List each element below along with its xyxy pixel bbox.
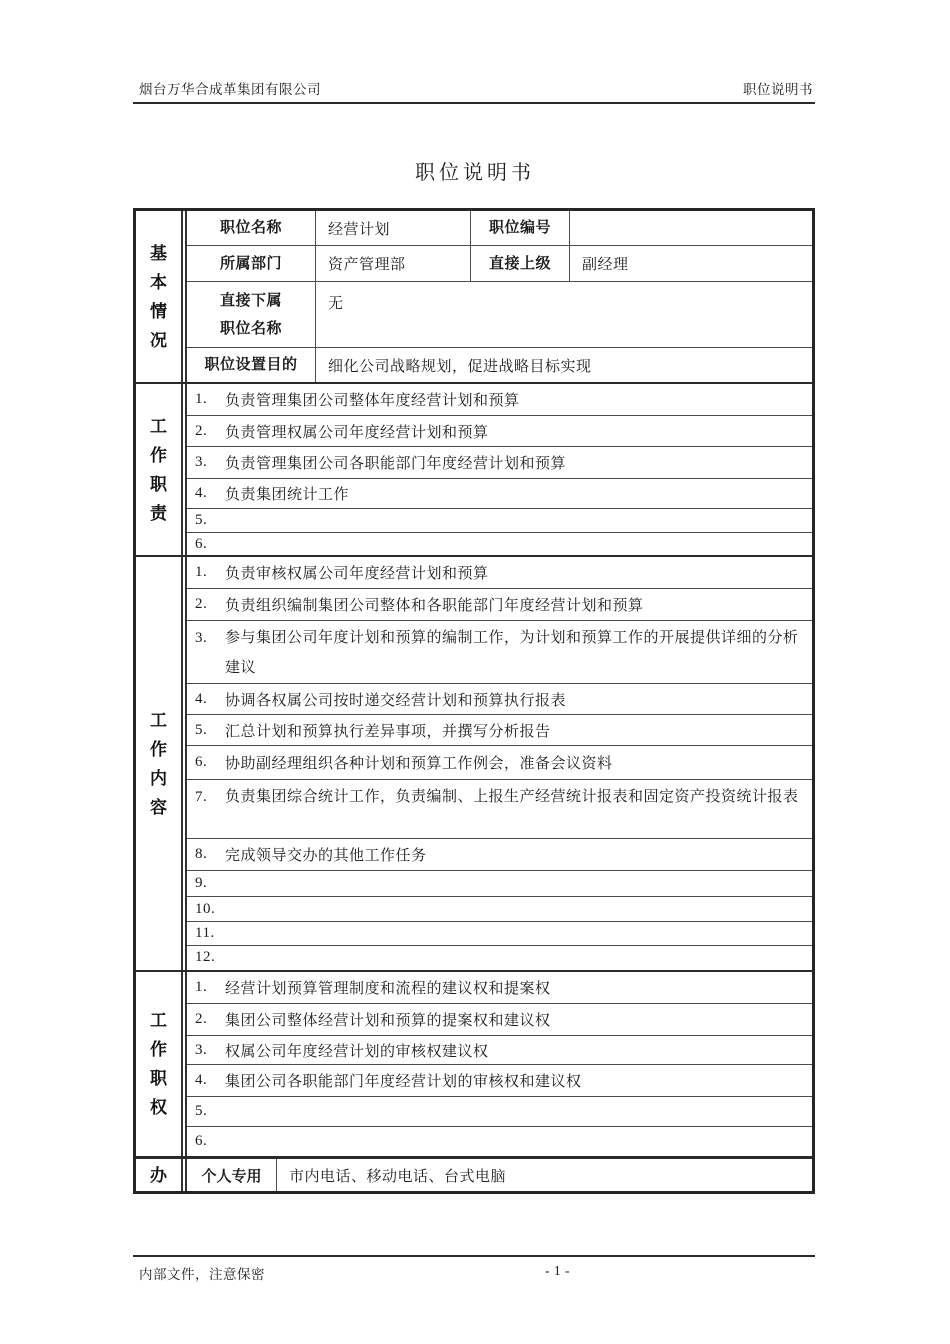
page-title: 职位说明书 xyxy=(0,156,950,185)
field-label-purpose: 职位设置目的 xyxy=(187,348,316,382)
section-work-content-label: 工作内容 xyxy=(136,557,183,970)
item-number: 5. xyxy=(187,1103,225,1120)
section-work-content-label-text: 工作内容 xyxy=(150,706,168,822)
list-item: 2.负责管理权属公司年度经营计划和预算 xyxy=(187,416,812,447)
header-company-name: 烟台万华合成革集团有限公司 xyxy=(133,78,321,98)
list-item: 4.协调各权属公司按时递交经营计划和预算执行报表 xyxy=(187,684,812,715)
item-text: 集团公司各职能部门年度经营计划的审核权和建议权 xyxy=(225,1070,812,1091)
item-number: 11. xyxy=(187,925,225,942)
field-value-purpose: 细化公司战略规划，促进战略目标实现 xyxy=(316,348,812,382)
field-value-position-code xyxy=(570,211,812,245)
list-item: 3.权属公司年度经营计划的审核权建议权 xyxy=(187,1036,812,1065)
list-item: 4.集团公司各职能部门年度经营计划的审核权和建议权 xyxy=(187,1065,812,1097)
list-item: 6. xyxy=(187,533,812,555)
list-item: 10. xyxy=(187,897,812,922)
footer-page-number: - 1 - xyxy=(545,1263,570,1279)
table-row: 直接下属 职位名称 无 xyxy=(187,282,812,348)
section-basic-label-text: 基本情况 xyxy=(150,239,168,355)
item-number: 6. xyxy=(187,754,225,771)
item-text: 完成领导交办的其他工作任务 xyxy=(225,844,812,865)
list-item: 6. xyxy=(187,1127,812,1156)
item-text: 负责集团综合统计工作，负责编制、上报生产经营统计报表和固定资产投资统计报表 xyxy=(225,782,812,812)
item-text: 负责管理权属公司年度经营计划和预算 xyxy=(225,421,812,442)
item-number: 3. xyxy=(187,454,225,471)
list-item: 12. xyxy=(187,946,812,969)
item-number: 8. xyxy=(187,846,225,863)
item-number: 5. xyxy=(187,722,225,739)
list-item: 11. xyxy=(187,922,812,946)
item-number: 9. xyxy=(187,875,225,892)
field-value-position-name: 经营计划 xyxy=(316,211,471,245)
table-row: 职位设置目的 细化公司战略规划，促进战略目标实现 xyxy=(187,348,812,382)
item-number: 6. xyxy=(187,536,225,553)
field-value-supervisor: 副经理 xyxy=(570,246,812,281)
list-item: 2.负责组织编制集团公司整体和各职能部门年度经营计划和预算 xyxy=(187,589,812,621)
list-item: 1.负责审核权属公司年度经营计划和预算 xyxy=(187,557,812,589)
section-work-content-body: 1.负责审核权属公司年度经营计划和预算 2.负责组织编制集团公司整体和各职能部门… xyxy=(185,557,812,970)
item-text: 负责组织编制集团公司整体和各职能部门年度经营计划和预算 xyxy=(225,594,812,615)
item-number: 1. xyxy=(187,391,225,408)
section-basic-label: 基本情况 xyxy=(136,211,183,382)
section-office-equipment: 办 个人专用 市内电话、移动电话、台式电脑 xyxy=(136,1156,812,1191)
section-duties-label-text: 工作职责 xyxy=(150,412,168,528)
item-number: 2. xyxy=(187,423,225,440)
item-number: 10. xyxy=(187,901,225,918)
list-item: 5. xyxy=(187,509,812,533)
section-office-label-text: 办 xyxy=(150,1161,168,1190)
list-item: 6.协助副经理组织各种计划和预算工作例会，准备会议资料 xyxy=(187,746,812,780)
field-label-subordinates: 直接下属 职位名称 xyxy=(187,282,316,347)
list-item: 1.负责管理集团公司整体年度经营计划和预算 xyxy=(187,384,812,416)
item-text: 经营计划预算管理制度和流程的建议权和提案权 xyxy=(225,977,812,998)
section-work-content: 工作内容 1.负责审核权属公司年度经营计划和预算 2.负责组织编制集团公司整体和… xyxy=(136,555,812,970)
item-number: 6. xyxy=(187,1133,225,1150)
item-number: 4. xyxy=(187,691,225,708)
item-number: 1. xyxy=(187,979,225,996)
list-item: 1.经营计划预算管理制度和流程的建议权和提案权 xyxy=(187,972,812,1004)
field-value-subordinates: 无 xyxy=(316,282,812,347)
section-authority-label: 工作职权 xyxy=(136,972,183,1156)
list-item: 3.参与集团公司年度计划和预算的编制工作，为计划和预算工作的开展提供详细的分析建… xyxy=(187,621,812,684)
item-number: 1. xyxy=(187,564,225,581)
table-row: 职位名称 经营计划 职位编号 xyxy=(187,211,812,246)
item-number: 12. xyxy=(187,949,225,966)
section-basic-info: 基本情况 职位名称 经营计划 职位编号 所属部门 资产管理部 直接上级 副经理 … xyxy=(136,211,812,382)
section-basic-body: 职位名称 经营计划 职位编号 所属部门 资产管理部 直接上级 副经理 直接下属 … xyxy=(185,211,812,382)
item-number: 3. xyxy=(187,623,225,653)
list-item: 5.汇总计划和预算执行差异事项，并撰写分析报告 xyxy=(187,715,812,746)
item-text: 汇总计划和预算执行差异事项，并撰写分析报告 xyxy=(225,720,812,741)
list-item: 4.负责集团统计工作 xyxy=(187,479,812,509)
section-duties: 工作职责 1.负责管理集团公司整体年度经营计划和预算 2.负责管理权属公司年度经… xyxy=(136,382,812,555)
field-label-position-code: 职位编号 xyxy=(471,211,570,245)
list-item: 7.负责集团综合统计工作，负责编制、上报生产经营统计报表和固定资产投资统计报表 xyxy=(187,780,812,839)
item-number: 3. xyxy=(187,1042,225,1059)
item-text: 权属公司年度经营计划的审核权建议权 xyxy=(225,1040,812,1061)
section-authority: 工作职权 1.经营计划预算管理制度和流程的建议权和提案权 2.集团公司整体经营计… xyxy=(136,970,812,1156)
item-text: 协助副经理组织各种计划和预算工作例会，准备会议资料 xyxy=(225,752,812,773)
item-text: 负责管理集团公司各职能部门年度经营计划和预算 xyxy=(225,452,812,473)
list-item: 9. xyxy=(187,871,812,897)
list-item: 8.完成领导交办的其他工作任务 xyxy=(187,839,812,871)
section-duties-body: 1.负责管理集团公司整体年度经营计划和预算 2.负责管理权属公司年度经营计划和预… xyxy=(185,384,812,555)
section-authority-body: 1.经营计划预算管理制度和流程的建议权和提案权 2.集团公司整体经营计划和预算的… xyxy=(185,972,812,1156)
header-doc-type: 职位说明书 xyxy=(743,78,815,98)
field-label-supervisor: 直接上级 xyxy=(471,246,570,281)
section-office-body: 个人专用 市内电话、移动电话、台式电脑 xyxy=(185,1159,812,1191)
field-value-department: 资产管理部 xyxy=(316,246,471,281)
item-number: 2. xyxy=(187,596,225,613)
field-label-personal-use: 个人专用 xyxy=(187,1159,277,1191)
item-number: 2. xyxy=(187,1011,225,1028)
list-item: 3.负责管理集团公司各职能部门年度经营计划和预算 xyxy=(187,447,812,479)
page-header: 烟台万华合成革集团有限公司 职位说明书 xyxy=(133,78,815,104)
item-text: 负责审核权属公司年度经营计划和预算 xyxy=(225,562,812,583)
item-text: 协调各权属公司按时递交经营计划和预算执行报表 xyxy=(225,689,812,710)
section-duties-label: 工作职责 xyxy=(136,384,183,555)
item-text: 集团公司整体经营计划和预算的提案权和建议权 xyxy=(225,1009,812,1030)
job-description-table: 基本情况 职位名称 经营计划 职位编号 所属部门 资产管理部 直接上级 副经理 … xyxy=(133,208,815,1194)
field-label-position-name: 职位名称 xyxy=(187,211,316,245)
item-number: 7. xyxy=(187,782,225,812)
list-item: 5. xyxy=(187,1097,812,1127)
item-text: 参与集团公司年度计划和预算的编制工作，为计划和预算工作的开展提供详细的分析建议 xyxy=(225,623,812,683)
item-number: 5. xyxy=(187,512,225,529)
item-text: 负责集团统计工作 xyxy=(225,483,812,504)
list-item: 2.集团公司整体经营计划和预算的提案权和建议权 xyxy=(187,1004,812,1036)
field-value-personal-use: 市内电话、移动电话、台式电脑 xyxy=(277,1159,812,1191)
page-footer: 内部文件，注意保密 - 1 - xyxy=(133,1255,815,1257)
field-label-department: 所属部门 xyxy=(187,246,316,281)
item-text: 负责管理集团公司整体年度经营计划和预算 xyxy=(225,389,812,410)
table-row: 所属部门 资产管理部 直接上级 副经理 xyxy=(187,246,812,282)
section-authority-label-text: 工作职权 xyxy=(150,1006,168,1122)
section-office-label: 办 xyxy=(136,1159,183,1191)
page: { "header": { "company": "烟台万华合成革集团有限公司"… xyxy=(0,0,950,1344)
footer-confidential-note: 内部文件，注意保密 xyxy=(139,1263,265,1283)
item-number: 4. xyxy=(187,485,225,502)
item-number: 4. xyxy=(187,1072,225,1089)
